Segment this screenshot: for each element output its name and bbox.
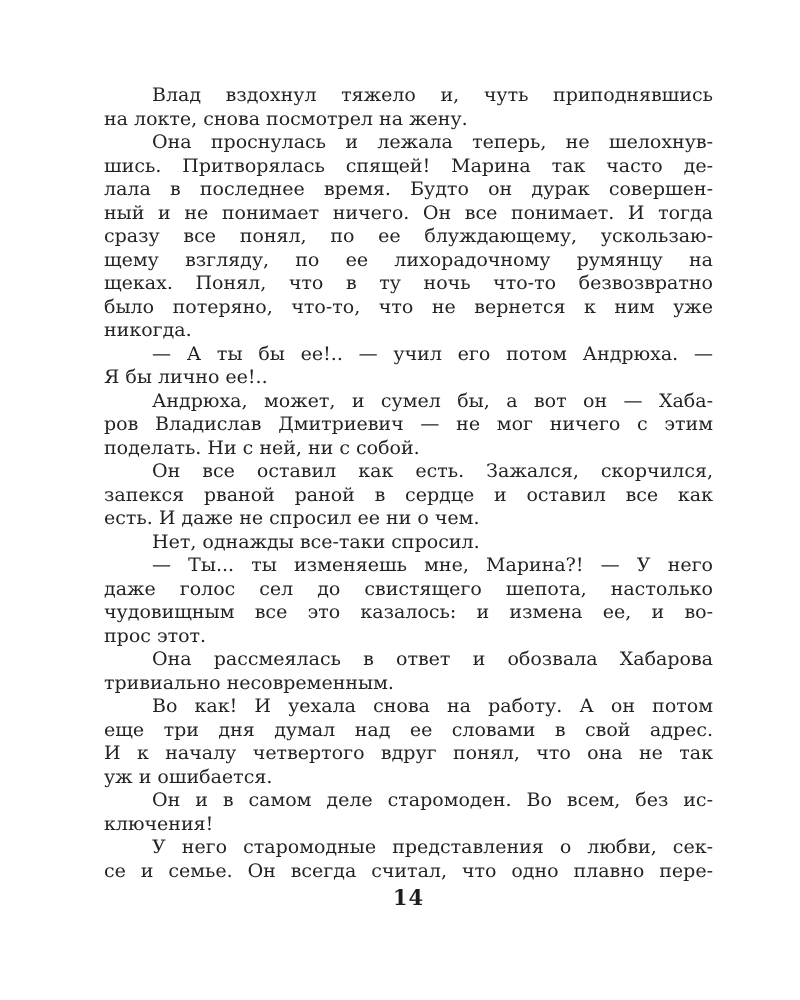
- text-line: ключения!: [104, 813, 713, 837]
- book-page: Влад вздохнул тяжело и, чуть приподнявши…: [0, 0, 800, 1000]
- text-line: лала в последнее время. Будто он дурак с…: [104, 178, 713, 202]
- paragraph: Влад вздохнул тяжело и, чуть приподнявши…: [104, 84, 713, 131]
- text-line: се и семье. Он всегда считал, что одно п…: [104, 860, 713, 884]
- text-line: никогда.: [104, 319, 713, 343]
- text-line: уж и ошибается.: [104, 766, 713, 790]
- text-line: Она рассмеялась в ответ и обозвала Хабар…: [104, 648, 713, 672]
- paragraph: Она проснулась и лежала теперь, не шелох…: [104, 131, 713, 343]
- text-line: Во как! И уехала снова на работу. А он п…: [104, 695, 713, 719]
- text-line: Нет, однажды все-таки спросил.: [104, 531, 713, 555]
- text-line: Она проснулась и лежала теперь, не шелох…: [104, 131, 713, 155]
- paragraph: Нет, однажды все-таки спросил.: [104, 531, 713, 555]
- paragraph: Он и в самом деле старомоден. Во всем, б…: [104, 789, 713, 836]
- paragraph: Он все оставил как есть. Зажался, скорчи…: [104, 460, 713, 531]
- paragraph: Андрюха, может, и сумел бы, а вот он — Х…: [104, 390, 713, 461]
- text-line: ров Владислав Дмитриевич — не мог ничего…: [104, 413, 713, 437]
- text-line: Андрюха, может, и сумел бы, а вот он — Х…: [104, 390, 713, 414]
- paragraph: Она рассмеялась в ответ и обозвала Хабар…: [104, 648, 713, 695]
- text-line: прос этот.: [104, 625, 713, 649]
- text-line: щеках. Понял, что в ту ночь что-то безво…: [104, 272, 713, 296]
- text-line: чудовищным все это казалось: и измена ее…: [104, 601, 713, 625]
- text-line: есть. И даже не спросил ее ни о чем.: [104, 507, 713, 531]
- text-line: ный и не понимает ничего. Он все понимае…: [104, 202, 713, 226]
- text-line: — А ты бы ее!.. — учил его потом Андрюха…: [104, 343, 713, 367]
- paragraph: — Ты... ты изменяешь мне, Марина?! — У н…: [104, 554, 713, 648]
- text-line: тривиально несовременным.: [104, 672, 713, 696]
- text-line: И к началу четвертого вдруг понял, что о…: [104, 742, 713, 766]
- text-line: Я бы лично ее!..: [104, 366, 713, 390]
- text-line: щему взгляду, по ее лихорадочному румянц…: [104, 249, 713, 273]
- text-line: У него старомодные представления о любви…: [104, 836, 713, 860]
- text-line: Он все оставил как есть. Зажался, скорчи…: [104, 460, 713, 484]
- text-line: было потеряно, что-то, что не вернется к…: [104, 296, 713, 320]
- text-line: запекся рваной раной в сердце и оставил …: [104, 484, 713, 508]
- text-line: сразу все понял, по ее блуждающему, уско…: [104, 225, 713, 249]
- text-line: на локте, снова посмотрел на жену.: [104, 108, 713, 132]
- paragraph: Во как! И уехала снова на работу. А он п…: [104, 695, 713, 789]
- paragraph: — А ты бы ее!.. — учил его потом Андрюха…: [104, 343, 713, 390]
- text-line: поделать. Ни с ней, ни с собой.: [104, 437, 713, 461]
- text-line: даже голос сел до свистящего шепота, нас…: [104, 578, 713, 602]
- text-block: Влад вздохнул тяжело и, чуть приподнявши…: [104, 84, 713, 883]
- text-line: Он и в самом деле старомоден. Во всем, б…: [104, 789, 713, 813]
- paragraph: У него старомодные представления о любви…: [104, 836, 713, 883]
- page-number: 14: [104, 885, 713, 910]
- text-line: шись. Притворялась спящей! Марина так ча…: [104, 155, 713, 179]
- text-line: Влад вздохнул тяжело и, чуть приподнявши…: [104, 84, 713, 108]
- text-line: еще три дня думал над ее словами в свой …: [104, 719, 713, 743]
- text-line: — Ты... ты изменяешь мне, Марина?! — У н…: [104, 554, 713, 578]
